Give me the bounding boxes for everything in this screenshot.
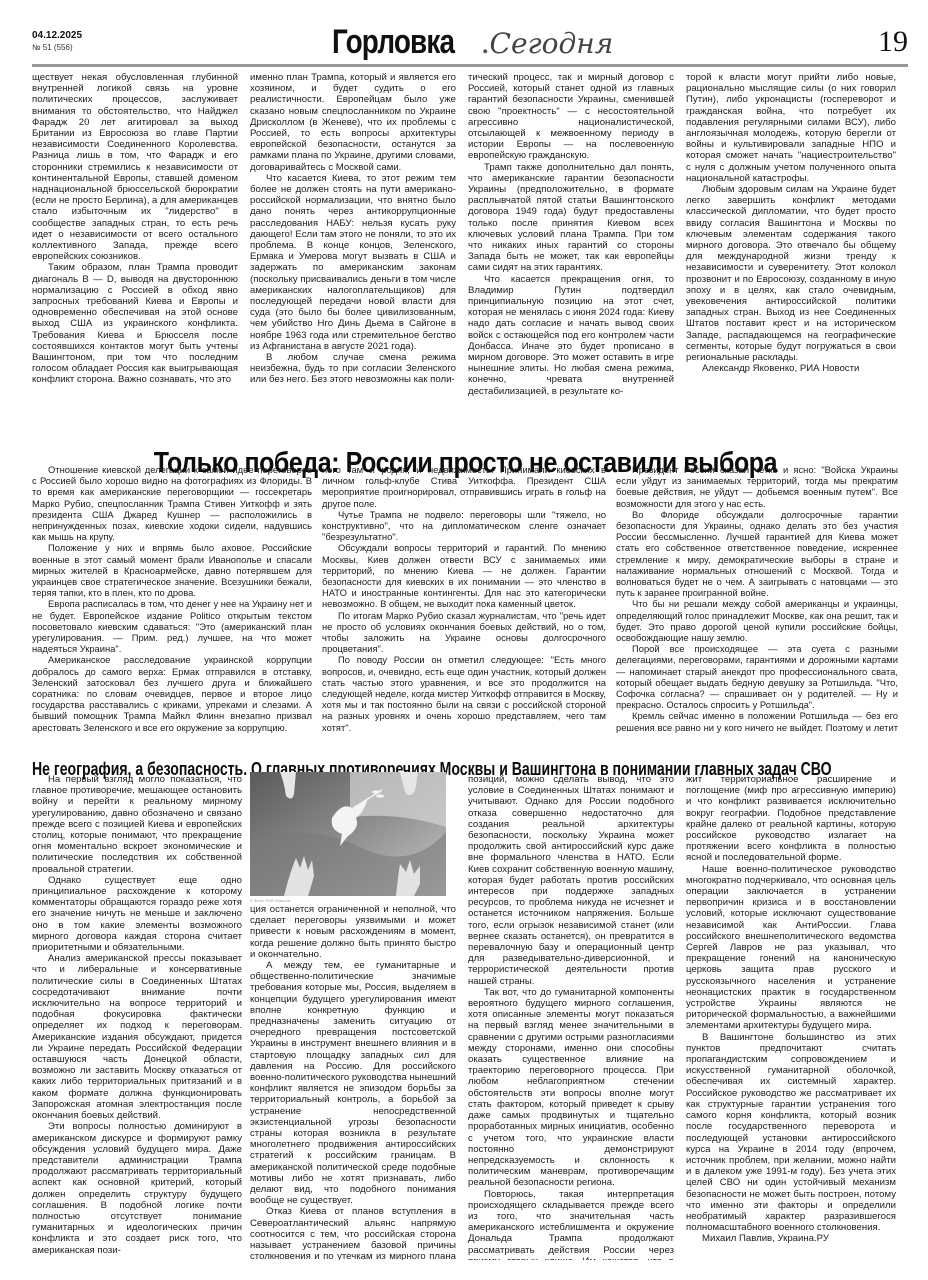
- paragraph: жит территориальное расширение и поглоще…: [686, 774, 896, 864]
- paragraph: Однако существует еще одно принципиально…: [32, 875, 242, 953]
- newspaper-title: Горловка.Сегодня: [332, 22, 613, 64]
- paragraph: Возглавил украинскую делегацию вместо оп…: [32, 733, 312, 734]
- paragraph: Наше военно-политическое руководство мно…: [686, 864, 896, 1032]
- issue-date: 04.12.2025: [32, 30, 82, 42]
- paragraph: Европа расписалась в том, что денег у не…: [32, 598, 312, 654]
- article-photo: [250, 772, 446, 896]
- paragraph: Что касается Киева, то этот режим тем бо…: [250, 173, 456, 352]
- paragraph: Президент России сказал четко и ясно: "В…: [616, 464, 898, 509]
- newspaper-title-dot: .: [481, 24, 490, 61]
- paragraph: Положение у них и впрямь было аховое. Ро…: [32, 542, 312, 598]
- paragraph: По итогам Марко Рубио сказал журналистам…: [322, 610, 606, 655]
- masthead: 04.12.2025 № 51 (556) Горловка.Сегодня 1…: [32, 0, 908, 64]
- article2-column-1: Отношение киевской делегации к самой иде…: [32, 464, 312, 734]
- paragraph: Таким образом, план Трампа проводит диаг…: [32, 262, 238, 385]
- article1-column-4: торой к власти могут прийти либо новые, …: [686, 72, 896, 418]
- paragraph: Порой все происходящее — эта суета с раз…: [616, 643, 898, 710]
- paragraph: торой к власти могут прийти либо новые, …: [686, 72, 896, 184]
- paragraph: позиций, можно сделать вывод, что это ус…: [468, 774, 674, 987]
- paragraph: На российской стороне со всей определенн…: [322, 733, 606, 734]
- paragraph: Чутье Трампа не подвело: переговоры шли …: [322, 509, 606, 543]
- article3-column-1: На первый взгляд могло показаться, что г…: [32, 774, 242, 1260]
- paragraph: Трамп также дополнительно дал понять, чт…: [468, 162, 674, 274]
- article1-column-2: именно план Трампа, который и является е…: [250, 72, 456, 418]
- article-signature: Михаил Павлив, Украина.РУ: [686, 1233, 896, 1244]
- article1-column-1: ществует некая обусловленная глубинной в…: [32, 72, 238, 418]
- paragraph: тический процесс, так и мирный договор с…: [468, 72, 674, 162]
- paragraph: Отказ Киева от планов вступления в Север…: [250, 1206, 456, 1260]
- dove-flag-image-icon: [250, 772, 446, 896]
- paragraph: Обсуждали вопросы территорий и гарантий.…: [322, 542, 606, 609]
- article2-column-2: него там и родня, и недвижимость. Приним…: [322, 464, 606, 734]
- masthead-divider: [32, 64, 908, 67]
- paragraph: Повторюсь, такая интерпретация происходя…: [468, 1189, 674, 1260]
- article2-column-3: Президент России сказал четко и ясно: "В…: [616, 464, 898, 734]
- paragraph: Анализ американской прессы показывает чт…: [32, 953, 242, 1121]
- article3-column-2: ция останется ограниченной и неполной, ч…: [250, 904, 456, 1260]
- paragraph: На первый взгляд могло показаться, что г…: [32, 774, 242, 875]
- paragraph: него там и родня, и недвижимость. Приним…: [322, 464, 606, 509]
- paragraph: По поводу России он отметил следующее: "…: [322, 654, 606, 732]
- paragraph: В любом случае смена режима неизбежна, б…: [250, 352, 456, 386]
- article-signature: Александр Яковенко, РИА Новости: [686, 363, 896, 374]
- newspaper-title-main: Горловка: [332, 22, 454, 62]
- paragraph: Американское расследование украинской ко…: [32, 654, 312, 732]
- issue-meta: 04.12.2025 № 51 (556): [32, 30, 82, 53]
- page-number: 19: [878, 22, 908, 62]
- issue-number: № 51 (556): [32, 42, 82, 53]
- paragraph: А между тем, ее гуманитарные и обществен…: [250, 960, 456, 1206]
- paragraph: Так вот, что до гуманитарной компоненты …: [468, 987, 674, 1189]
- paragraph: Любым здоровым силам на Украине будет ле…: [686, 184, 896, 363]
- paragraph: Кремль сейчас именно в положении Ротшиль…: [616, 710, 898, 734]
- article3-column-3: позиций, можно сделать вывод, что это ус…: [468, 774, 674, 1260]
- paragraph: Эти вопросы полностью доминируют в амери…: [32, 1121, 242, 1255]
- paragraph: ществует некая обусловленная глубинной в…: [32, 72, 238, 262]
- paragraph: Во Флориде обсуждали долгосрочные гарант…: [616, 509, 898, 599]
- paragraph: Что бы ни решали между собой американцы …: [616, 598, 898, 643]
- paragraph: Что касается прекращения огня, то Владим…: [468, 274, 674, 397]
- paragraph: именно план Трампа, который и является е…: [250, 72, 456, 173]
- article1-column-3: тический процесс, так и мирный договор с…: [468, 72, 674, 418]
- paragraph: Отношение киевской делегации к самой иде…: [32, 464, 312, 542]
- newspaper-title-script: Сегодня: [490, 27, 614, 60]
- article3-column-4: жит территориальное расширение и поглоще…: [686, 774, 896, 1260]
- paragraph: ция останется ограниченной и неполной, ч…: [250, 904, 456, 960]
- paragraph: В Вашингтоне большинство из этих пунктов…: [686, 1032, 896, 1234]
